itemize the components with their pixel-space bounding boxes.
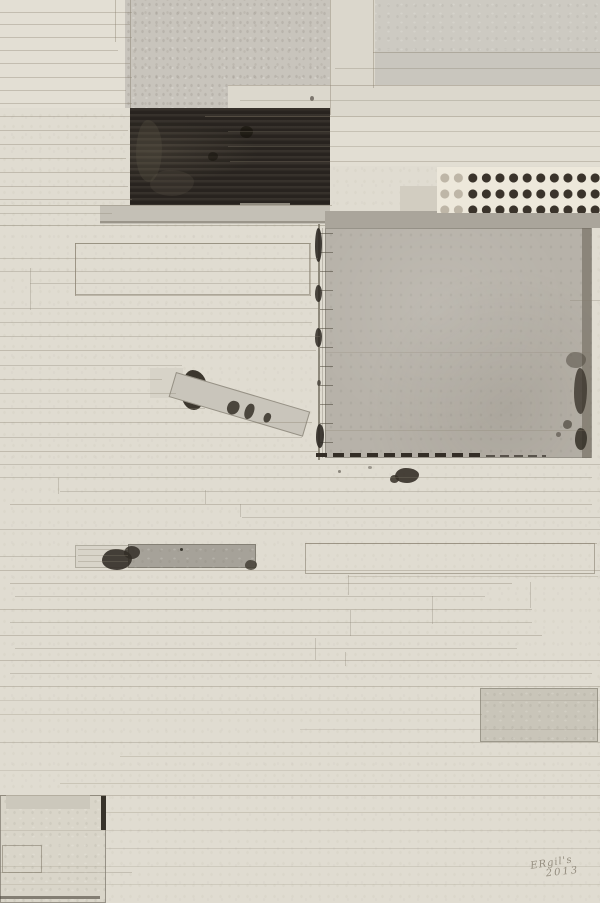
ink-blot bbox=[395, 468, 419, 483]
pencil-line bbox=[75, 295, 311, 296]
pencil-line bbox=[75, 243, 311, 244]
pencil-line bbox=[0, 451, 318, 452]
pencil-line bbox=[240, 100, 600, 101]
ink-speck-2 bbox=[368, 466, 372, 469]
pencil-vline bbox=[373, 0, 374, 88]
pencil-line bbox=[348, 576, 598, 577]
pencil-vline bbox=[530, 582, 531, 608]
pencil-line bbox=[0, 308, 320, 309]
pencil-line bbox=[0, 700, 600, 701]
pencil-line bbox=[0, 393, 176, 394]
pencil-line bbox=[0, 830, 600, 831]
pencil-line bbox=[0, 271, 320, 272]
pencil-line bbox=[0, 477, 592, 478]
pencil-line bbox=[0, 795, 600, 796]
bottom-left-corner-mark bbox=[101, 796, 106, 830]
mid-strip-gray bbox=[128, 544, 256, 568]
pencil-line bbox=[0, 199, 132, 200]
ruler-ticks-tick bbox=[320, 366, 333, 367]
pencil-line bbox=[0, 884, 600, 885]
ruler-blot-1 bbox=[315, 228, 322, 262]
pencil-line bbox=[305, 543, 597, 544]
pencil-line bbox=[0, 742, 600, 743]
pencil-line bbox=[78, 561, 128, 562]
pencil-vline bbox=[115, 0, 116, 42]
pencil-vline bbox=[310, 243, 311, 296]
pencil-line bbox=[0, 12, 132, 13]
pencil-line bbox=[10, 622, 532, 623]
under-ink-edge bbox=[100, 221, 330, 223]
pencil-line bbox=[0, 50, 118, 51]
tan-wedge bbox=[400, 186, 440, 212]
pencil-line bbox=[570, 300, 600, 301]
ruler-ticks-tick bbox=[320, 385, 333, 386]
pencil-vline bbox=[75, 243, 76, 296]
artwork-canvas: ERgil's 2013 bbox=[0, 0, 600, 903]
pencil-line bbox=[0, 205, 332, 206]
pencil-line bbox=[0, 686, 600, 687]
pencil-line bbox=[15, 648, 517, 649]
ruler-ticks-tick bbox=[320, 309, 333, 310]
pencil-line bbox=[0, 158, 126, 159]
pencil-line bbox=[0, 225, 325, 226]
pencil-vline bbox=[130, 0, 131, 108]
diagonal-strip-blob-1 bbox=[243, 402, 256, 420]
right-dark-strip bbox=[325, 211, 600, 228]
pencil-vline bbox=[58, 478, 59, 494]
pencil-line bbox=[228, 146, 600, 147]
ink-speck-1 bbox=[338, 470, 341, 473]
pencil-vline bbox=[345, 652, 346, 666]
pencil-line bbox=[10, 583, 512, 584]
pencil-vline bbox=[205, 490, 206, 504]
pencil-line bbox=[106, 848, 600, 849]
pencil-line bbox=[228, 131, 600, 132]
dashed-ink-line bbox=[316, 453, 486, 457]
pencil-line bbox=[335, 68, 600, 69]
bottom-left-top-strip bbox=[6, 795, 90, 809]
pencil-line bbox=[30, 283, 318, 284]
dashed-ink-line-2 bbox=[486, 455, 546, 457]
ruler-ticks-tick bbox=[320, 233, 333, 234]
ruler-ticks-tick bbox=[320, 252, 333, 253]
pencil-line bbox=[0, 144, 130, 145]
pencil-line bbox=[0, 866, 600, 867]
pencil-line bbox=[106, 812, 600, 813]
pencil-line bbox=[325, 352, 590, 353]
outline-rect-3 bbox=[2, 845, 42, 873]
pencil-vline bbox=[315, 638, 316, 660]
pencil-line bbox=[0, 379, 162, 380]
pencil-line bbox=[228, 85, 600, 86]
pencil-line bbox=[0, 258, 318, 259]
pencil-line bbox=[0, 464, 600, 465]
outline-rect-1 bbox=[75, 243, 310, 295]
ruler-ticks-tick bbox=[320, 328, 333, 329]
pencil-vline bbox=[348, 575, 349, 595]
pencil-line bbox=[60, 783, 600, 784]
pencil-line bbox=[0, 116, 130, 117]
pencil-vline bbox=[330, 0, 331, 115]
pencil-line bbox=[0, 186, 128, 187]
pencil-line bbox=[0, 37, 132, 38]
pencil-line bbox=[0, 422, 312, 423]
pencil-line bbox=[0, 103, 132, 104]
pencil-line bbox=[10, 673, 592, 674]
pencil-line bbox=[0, 213, 112, 214]
pencil-line bbox=[0, 408, 205, 409]
pencil-line bbox=[0, 350, 316, 351]
pencil-line bbox=[0, 90, 126, 91]
pencil-line bbox=[0, 635, 542, 636]
pencil-line bbox=[0, 437, 302, 438]
ruler-blot-2 bbox=[315, 285, 322, 302]
ruler-blot-3 bbox=[315, 328, 322, 347]
pencil-line bbox=[0, 570, 600, 571]
tone-band-top-left bbox=[0, 0, 130, 108]
pencil-vline bbox=[432, 596, 433, 624]
pencil-line bbox=[205, 116, 600, 117]
pencil-line bbox=[60, 491, 600, 492]
pencil-line bbox=[0, 172, 130, 173]
pencil-vline bbox=[350, 610, 351, 636]
pencil-line bbox=[0, 660, 600, 661]
mid-strip-spot bbox=[245, 560, 257, 570]
pencil-line bbox=[0, 609, 532, 610]
ruler-ticks-tick bbox=[320, 347, 333, 348]
polka-dot-strip bbox=[437, 167, 600, 213]
pencil-vline bbox=[240, 504, 241, 517]
pencil-line bbox=[0, 322, 312, 323]
pencil-line bbox=[0, 130, 128, 131]
pencil-line bbox=[78, 549, 128, 550]
pencil-line bbox=[0, 556, 76, 557]
pencil-vline bbox=[30, 268, 31, 310]
polka-dot-strip-pattern bbox=[465, 167, 600, 213]
pencil-line bbox=[0, 63, 130, 64]
pencil-line bbox=[0, 365, 182, 366]
gray-right-band bbox=[582, 228, 591, 458]
pencil-line bbox=[0, 872, 132, 873]
pencil-line bbox=[78, 555, 128, 556]
ruler-ticks-tick bbox=[320, 271, 333, 272]
bottom-left-edge bbox=[0, 896, 100, 899]
ruler-ticks-tick bbox=[320, 404, 333, 405]
artist-signature: ERgil's 2013 bbox=[530, 851, 595, 882]
bottom-right-gray-block bbox=[480, 688, 598, 742]
pencil-line bbox=[242, 517, 600, 518]
large-gray-block bbox=[325, 228, 592, 458]
polka-dot-strip-faded-pattern bbox=[437, 167, 465, 213]
pencil-line bbox=[373, 52, 600, 53]
ruler-ticks-tick bbox=[320, 423, 333, 424]
pencil-line bbox=[230, 161, 600, 162]
diagonal-strip-blob-0 bbox=[225, 399, 240, 416]
pencil-line bbox=[0, 529, 600, 530]
pencil-line bbox=[0, 24, 130, 25]
pencil-line bbox=[0, 770, 600, 771]
pencil-line bbox=[120, 756, 600, 757]
pencil-line bbox=[0, 714, 482, 715]
pencil-line bbox=[325, 430, 590, 431]
pencil-line bbox=[0, 77, 132, 78]
pencil-line bbox=[0, 336, 320, 337]
pencil-line bbox=[10, 504, 592, 505]
pencil-line bbox=[15, 596, 485, 597]
pencil-line bbox=[300, 729, 600, 730]
